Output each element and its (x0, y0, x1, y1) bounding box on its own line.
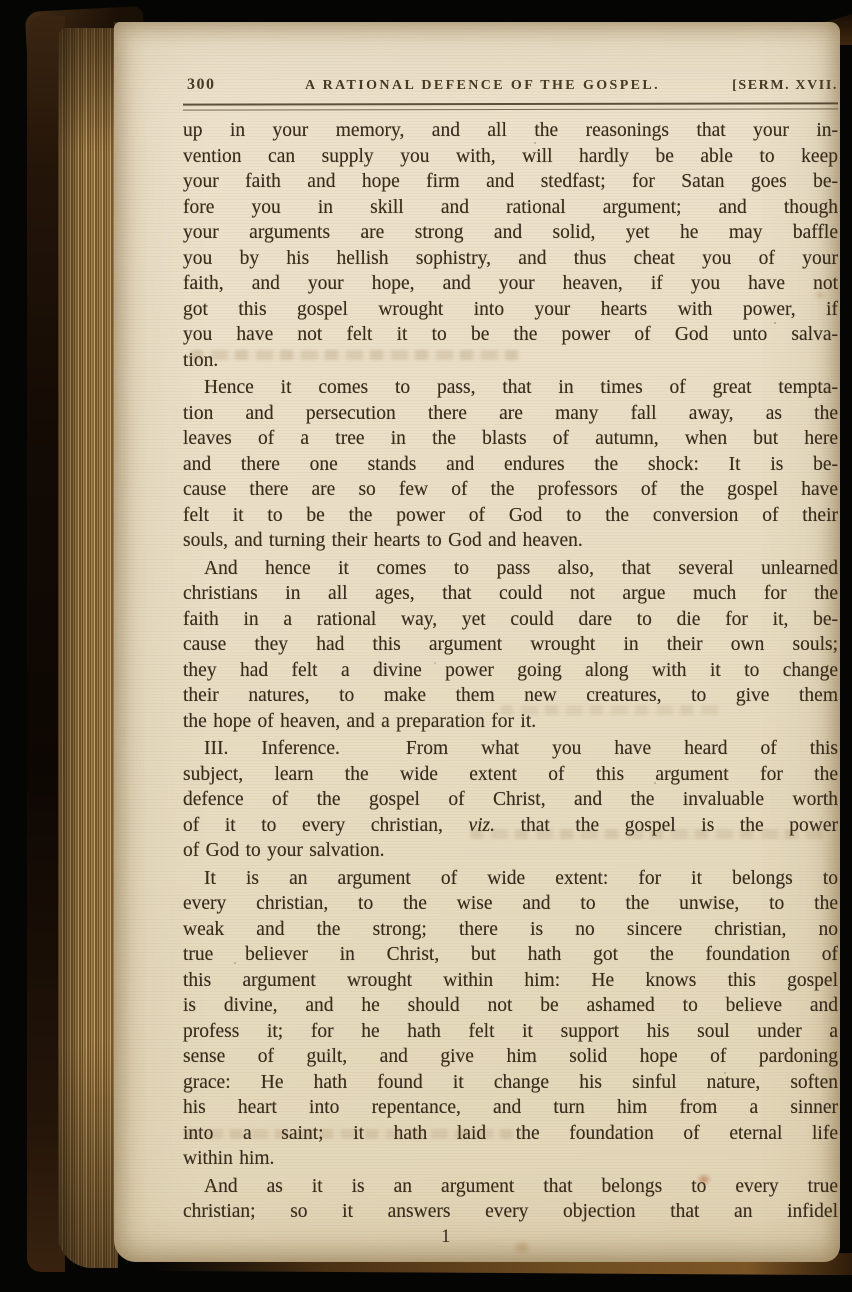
text-line: profess it; for he hath felt it support … (183, 1019, 838, 1045)
paragraph: III. Inference. From what you have heard… (183, 736, 838, 864)
book-photo: 300 A RATIONAL DEFENCE OF THE GOSPEL. [S… (0, 0, 852, 1292)
text-line: defence of the gospel of Christ, and the… (183, 787, 838, 813)
running-header: 300 A RATIONAL DEFENCE OF THE GOSPEL. [S… (183, 76, 838, 96)
text-line: And hence it comes to pass also, that se… (183, 556, 838, 582)
text-line: within him. (183, 1146, 838, 1172)
text-line: their natures, to make them new creature… (183, 683, 838, 709)
running-title: A RATIONAL DEFENCE OF THE GOSPEL. (155, 78, 810, 94)
text-line: the hope of heaven, and a preparation fo… (183, 709, 838, 735)
text-line: christians in all ages, that could not a… (183, 581, 838, 607)
text-line: of it to every christian, viz. that the … (183, 813, 838, 839)
body-text: up in your memory, and all the reasoning… (183, 118, 838, 1225)
text-line: and there one stands and endures the sho… (183, 452, 838, 478)
text-line: felt it to be the power of God to the co… (183, 503, 838, 529)
signature-mark: 1 (183, 1226, 838, 1248)
text-line: It is an argument of wide extent: for it… (183, 866, 838, 892)
text-line: faith in a rational way, yet could dare … (183, 607, 838, 633)
text-line: fore you in skill and rational argument;… (183, 195, 838, 221)
paragraph: And hence it comes to pass also, that se… (183, 556, 838, 735)
text-line: And as it is an argument that belongs to… (183, 1174, 838, 1200)
text-line: sense of guilt, and give him solid hope … (183, 1044, 838, 1070)
book-page: 300 A RATIONAL DEFENCE OF THE GOSPEL. [S… (114, 22, 840, 1262)
text-line: cause there are so few of the professors… (183, 477, 838, 503)
text-line: tion. (183, 348, 838, 374)
text-line: his heart into repentance, and turn him … (183, 1095, 838, 1121)
paragraph: up in your memory, and all the reasoning… (183, 118, 838, 373)
text-line: tion and persecution there are many fall… (183, 401, 838, 427)
text-line: cause they had this argument wrought in … (183, 632, 838, 658)
text-line: they had felt a divine power going along… (183, 658, 838, 684)
page-content: 300 A RATIONAL DEFENCE OF THE GOSPEL. [S… (183, 76, 838, 1248)
paper-specks (114, 22, 116, 24)
text-line: souls, and turning their hearts to God a… (183, 528, 838, 554)
text-line: got this gospel wrought into your hearts… (183, 297, 838, 323)
text-line: subject, learn the wide extent of this a… (183, 762, 838, 788)
text-line: is divine, and he should not be ashamed … (183, 993, 838, 1019)
text-line: your faith and hope firm and stedfast; f… (183, 169, 838, 195)
text-line: this argument wrought within him: He kno… (183, 968, 838, 994)
text-line: weak and the strong; there is no sincere… (183, 917, 838, 943)
sermon-reference: [SERM. XVII. (732, 78, 838, 94)
text-line: christian; so it answers every objection… (183, 1199, 838, 1225)
text-line: true believer in Christ, but hath got th… (183, 942, 838, 968)
text-line: vention can supply you with, will hardly… (183, 144, 838, 170)
text-line: Hence it comes to pass, that in times of… (183, 375, 838, 401)
text-line: your arguments are strong and solid, yet… (183, 220, 838, 246)
paragraph: Hence it comes to pass, that in times of… (183, 375, 838, 554)
text-line: of God to your salvation. (183, 838, 838, 864)
text-line: you have not felt it to be the power of … (183, 322, 838, 348)
page-edges-stack (58, 28, 118, 1268)
text-line: up in your memory, and all the reasoning… (183, 118, 838, 144)
text-line: grace: He hath found it change his sinfu… (183, 1070, 838, 1096)
text-line: III. Inference. From what you have heard… (183, 736, 838, 762)
text-line: you by his hellish sophistry, and thus c… (183, 246, 838, 272)
paragraph: It is an argument of wide extent: for it… (183, 866, 838, 1172)
paragraph: And as it is an argument that belongs to… (183, 1174, 838, 1225)
text-line: leaves of a tree in the blasts of autumn… (183, 426, 838, 452)
text-line: into a saint; it hath laid the foundatio… (183, 1121, 838, 1147)
header-rule (183, 102, 838, 110)
text-line: every christian, to the wise and to the … (183, 891, 838, 917)
text-line: faith, and your hope, and your heaven, i… (183, 271, 838, 297)
